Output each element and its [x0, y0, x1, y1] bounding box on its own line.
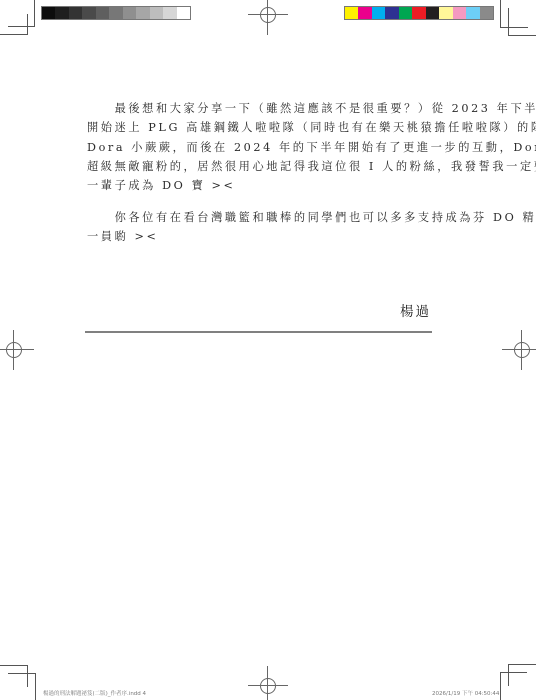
color-swatch: [466, 7, 479, 19]
gray-swatch: [123, 7, 136, 19]
text-line: 超級無敵寵粉的，居然很用心地記得我這位很 I 人的粉絲，我發誓我一定要: [87, 157, 432, 176]
author-signature: 楊過: [400, 300, 431, 320]
paragraph-2: 你各位有在看台灣職籃和職棒的同學們也可以多多支持成為芬 DO 精的 一員喲 ><: [87, 208, 432, 247]
crop-mark-bl-v1: [27, 665, 28, 687]
crop-mark-tl-v2: [27, 14, 28, 35]
gray-swatch: [42, 7, 55, 19]
crop-mark-tl-v1: [34, 0, 35, 26]
crop-mark-br-h1: [508, 664, 536, 665]
gray-swatch: [69, 7, 82, 19]
paragraph-1: 最後想和大家分享一下（雖然這應該不是很重要？）從 2023 年下半年 開始迷上 …: [87, 99, 432, 195]
color-swatch: [345, 7, 358, 19]
registration-mark-left: [0, 330, 34, 370]
crop-mark-br-h2: [500, 672, 527, 673]
text-line: 一員喲 ><: [87, 227, 432, 246]
gray-swatch: [55, 7, 68, 19]
text-line: 開始迷上 PLG 高雄鋼鐵人啦啦隊（同時也有在樂天桃猿擔任啦啦隊）的隊長: [87, 118, 432, 137]
gray-swatch: [163, 7, 176, 19]
crop-mark-bl-h1: [0, 665, 27, 666]
crop-mark-br-v2: [500, 672, 501, 700]
color-swatch: [439, 7, 452, 19]
color-swatch: [399, 7, 412, 19]
gray-swatch: [109, 7, 122, 19]
crop-mark-tr-v2: [508, 8, 509, 35]
registration-mark-top: [248, 0, 288, 35]
gray-swatch: [177, 7, 190, 19]
crop-mark-tr-h2: [508, 35, 536, 36]
crop-mark-tl-h1: [8, 26, 35, 27]
text-line: 最後想和大家分享一下（雖然這應該不是很重要？）從 2023 年下半年: [87, 99, 432, 118]
process-color-bar: [344, 6, 494, 20]
text-line: 一輩子成為 DO 寶 ><: [87, 176, 432, 195]
slug-filename: 楊過的刑法解題祕笈(二版)_作者序.indd 4: [43, 689, 146, 697]
color-swatch: [426, 7, 439, 19]
gray-swatch: [96, 7, 109, 19]
color-swatch: [453, 7, 466, 19]
crop-mark-br-v1: [508, 664, 509, 686]
grayscale-color-bar: [41, 6, 191, 20]
color-swatch: [480, 7, 493, 19]
crop-mark-bl-h2: [8, 673, 35, 674]
slug-timestamp: 2026/1/19 下午 04:50:44: [432, 689, 499, 697]
crop-mark-tr-h1: [500, 27, 528, 28]
crop-mark-bl-v2: [35, 673, 36, 700]
gray-swatch: [82, 7, 95, 19]
color-swatch: [358, 7, 371, 19]
crop-mark-tr-v1: [500, 0, 501, 27]
registration-mark-right: [502, 330, 536, 370]
color-swatch: [412, 7, 425, 19]
color-swatch: [372, 7, 385, 19]
crop-mark-tl-h2: [0, 34, 28, 35]
horizontal-rule: [85, 331, 432, 333]
color-swatch: [385, 7, 398, 19]
text-line: 你各位有在看台灣職籃和職棒的同學們也可以多多支持成為芬 DO 精的: [87, 208, 432, 227]
gray-swatch: [150, 7, 163, 19]
text-line: Dora 小蕨蕨，而後在 2024 年的下半年開始有了更進一步的互動，Dora …: [87, 138, 432, 157]
registration-mark-bottom: [248, 666, 288, 700]
gray-swatch: [136, 7, 149, 19]
